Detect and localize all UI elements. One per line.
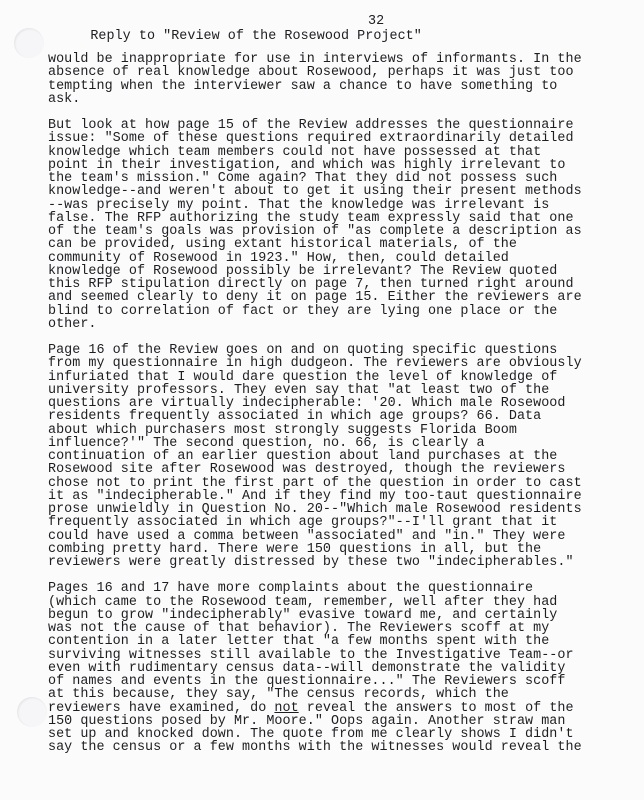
text-line: other.: [48, 318, 638, 331]
text-line: university professors. They even say tha…: [48, 384, 638, 397]
text-line: knowledge--and weren't about to get it u…: [48, 185, 638, 198]
text-line: about which purchasers most strongly sug…: [48, 424, 638, 437]
text-line: (which came to the Rosewood team, rememb…: [48, 596, 638, 609]
text-line: point in their investigation, and which …: [48, 159, 638, 172]
text-line: frequently associated in which age group…: [48, 516, 638, 529]
text-line: surviving witnesses still available to t…: [48, 649, 638, 662]
text-line: community of Rosewood in 1923." How, the…: [48, 252, 638, 265]
text-line: combing pretty hard. There were 150 ques…: [48, 543, 638, 556]
text-line: tempting when the interviewer saw a chan…: [48, 80, 638, 93]
text-line: issue: "Some of these questions required…: [48, 132, 638, 145]
paragraph: would be inappropriate for use in interv…: [48, 53, 638, 106]
text-line: this RFP stipulation directly on page 7,…: [48, 278, 638, 291]
text-line: prose unwieldly in Question No. 20--"Whi…: [48, 503, 638, 516]
text-line: But look at how page 15 of the Review ad…: [48, 119, 638, 132]
paragraph: But look at how page 15 of the Review ad…: [48, 119, 638, 331]
text-line: Pages 16 and 17 have more complaints abo…: [48, 582, 638, 595]
text-line: reviewers were greatly distressed by the…: [48, 556, 638, 569]
paragraph: Page 16 of the Review goes on and on quo…: [48, 344, 638, 569]
document-body: would be inappropriate for use in interv…: [48, 53, 638, 768]
text-line: blind to correlation of fact or they are…: [48, 305, 638, 318]
text-line: even with rudimentary census data--will …: [48, 662, 638, 675]
punch-hole: [14, 28, 44, 58]
text-line: would be inappropriate for use in interv…: [48, 53, 638, 66]
document-page: Reply to "Review of the Rosewood Project…: [0, 0, 644, 800]
text-line: begun to grow "indecipherably" evasive t…: [48, 609, 638, 622]
text-line: 150 questions posed by Mr. Moore." Oops …: [48, 715, 638, 728]
text-line: influence?'" The second question, no. 66…: [48, 437, 638, 450]
text-line: knowledge of Rosewood possibly be irrele…: [48, 265, 638, 278]
text-line: it as "indecipherable." And if they find…: [48, 490, 638, 503]
text-line: set up and knocked down. The quote from …: [48, 728, 638, 741]
text-line: --was precisely my point. That the knowl…: [48, 199, 638, 212]
text-line: knowledge which team members could not h…: [48, 146, 638, 159]
text-line: reviewers have examined, do not reveal t…: [48, 702, 638, 715]
text-line: from my questionnaire in high dudgeon. T…: [48, 357, 638, 370]
paragraph: Pages 16 and 17 have more complaints abo…: [48, 582, 638, 754]
text-line: residents frequently associated in which…: [48, 410, 638, 423]
text-line: chose not to print the first part of the…: [48, 477, 638, 490]
text-line: ask.: [48, 93, 638, 106]
text-line: contention in a later letter that "a few…: [48, 635, 638, 648]
page-number: 32: [368, 14, 384, 29]
text-line: Page 16 of the Review goes on and on quo…: [48, 344, 638, 357]
text-line: questions are virtually indecipherable: …: [48, 397, 638, 410]
text-line: continuation of an earlier question abou…: [48, 450, 638, 463]
text-line: could have used a comma between "associa…: [48, 530, 638, 543]
header-title: Reply to "Review of the Rosewood Project…: [90, 29, 422, 44]
text-line: at this because, they say, "The census r…: [48, 688, 638, 701]
text-line: Rosewood site after Rosewood was destroy…: [48, 463, 638, 476]
text-line: and seemed clearly to deny it on page 15…: [48, 291, 638, 304]
text-line: the team's mission." Come again? That th…: [48, 172, 638, 185]
text-line: of names and events in the questionnaire…: [48, 675, 638, 688]
text-line: infuriated that I would dare question th…: [48, 371, 638, 384]
text-line: absence of real knowledge about Rosewood…: [48, 66, 638, 79]
text-line: say the census or a few months with the …: [48, 741, 638, 754]
text-line: was not the cause of that behavior). The…: [48, 622, 638, 635]
text-line: false. The RFP authorizing the study tea…: [48, 212, 638, 225]
punch-hole: [17, 697, 47, 727]
text-line: of the team's goals was provision of "as…: [48, 225, 638, 238]
text-line: can be provided, using extant historical…: [48, 238, 638, 251]
